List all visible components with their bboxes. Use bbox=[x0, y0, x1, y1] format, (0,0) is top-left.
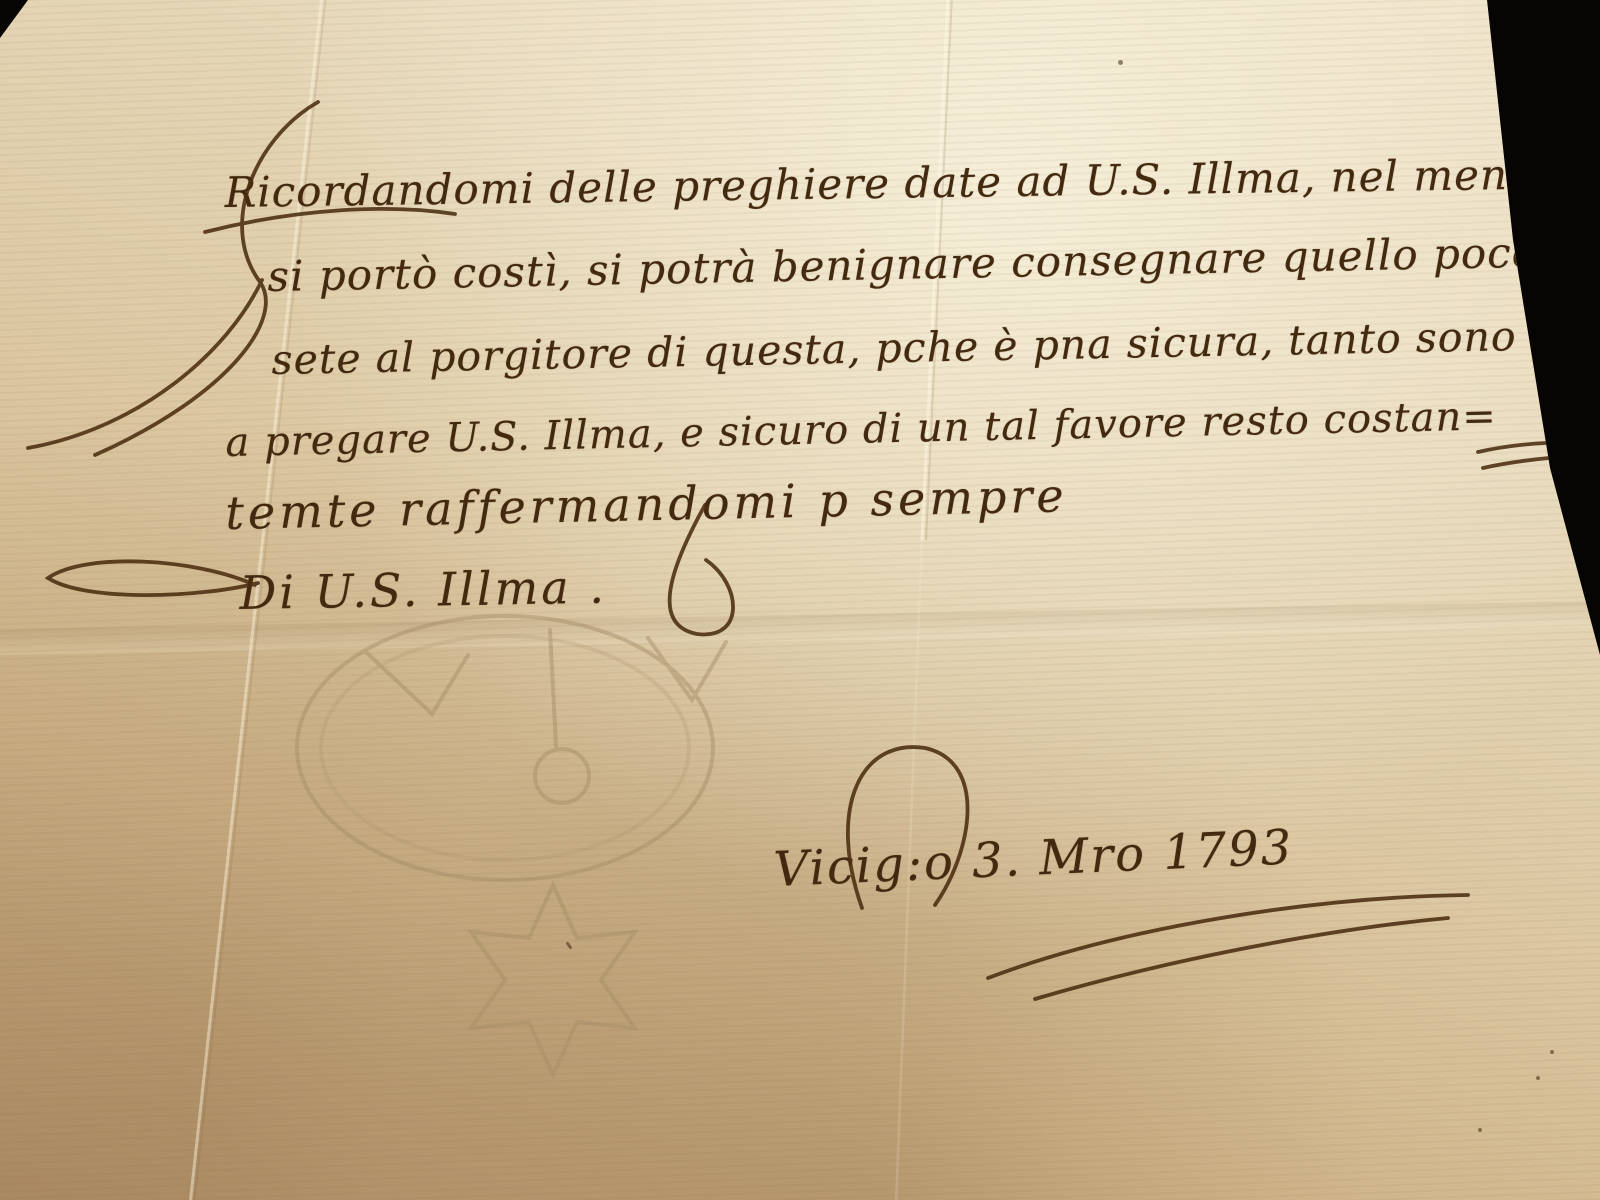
watermark-ring bbox=[535, 749, 589, 803]
photo-background: { "meta": { "type": "photograph of an 18… bbox=[0, 0, 1600, 1200]
costan-end-dash-1 bbox=[1478, 443, 1546, 452]
watermark-star bbox=[471, 885, 635, 1075]
dateline-underline-2 bbox=[1035, 918, 1448, 999]
closing-left-flourish bbox=[48, 561, 258, 595]
ink-speck bbox=[1550, 1050, 1554, 1054]
ink-speck bbox=[1118, 60, 1123, 65]
letter-line-2: si portò costì, si potrà benignare conse… bbox=[267, 228, 1538, 301]
dateline-underline-1 bbox=[988, 895, 1468, 978]
ink-speck bbox=[565, 941, 572, 949]
watermark-stem bbox=[550, 630, 556, 746]
letter-closing: Di U.S. Illma . bbox=[239, 560, 607, 620]
letter-line-3: sete al porgitore di questa, pche è pna … bbox=[271, 312, 1517, 384]
watermark-circle bbox=[297, 616, 713, 880]
paper-sheet: Ricordandomi delle preghiere date ad U.S… bbox=[0, 0, 1600, 1200]
letter-line-5: temte raffermandomi p sempre bbox=[225, 468, 1068, 540]
letter-dateline: Vicig:o 3. Mro 1793 bbox=[773, 819, 1295, 898]
ink-speck bbox=[1478, 1128, 1482, 1132]
letter-line-1: Ricordandomi delle preghiere date ad U.S… bbox=[224, 149, 1573, 217]
costan-end-dash-2 bbox=[1483, 458, 1549, 468]
ink-speck bbox=[1536, 1076, 1540, 1080]
watermark-left-v bbox=[366, 652, 468, 714]
watermark-inner-circle bbox=[321, 636, 689, 860]
watermark-right-v bbox=[648, 638, 726, 700]
letter-line-4: a pregare U.S. Illma, e sicuro di un tal… bbox=[225, 393, 1497, 466]
